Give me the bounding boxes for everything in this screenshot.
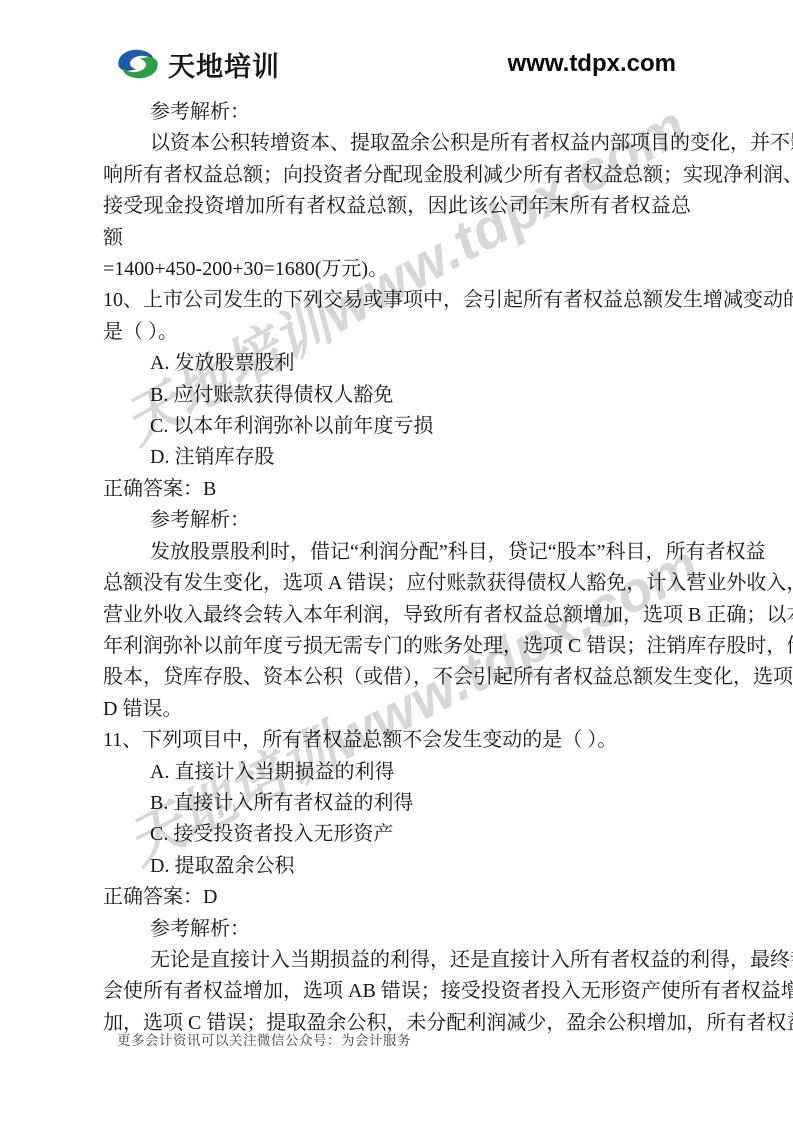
document-line: 参考解析： bbox=[103, 914, 691, 945]
document-line: 参考解析： bbox=[103, 505, 691, 536]
document-line: D 错误。 bbox=[103, 694, 691, 725]
document-line: 正确答案：D bbox=[103, 882, 691, 913]
document-line: D. 提取盈余公积 bbox=[103, 851, 691, 882]
document-line: 参考解析： bbox=[103, 97, 691, 128]
document-line: 是（ ）。 bbox=[103, 317, 691, 348]
document-line: C. 以本年利润弥补以前年度亏损 bbox=[103, 411, 691, 442]
document-body: 参考解析： 以资本公积转增资本、提取盈余公积是所有者权益内部项目的变化，并不影 … bbox=[103, 97, 691, 1039]
document-line: 接受现金投资增加所有者权益总额，因此该公司年末所有者权益总额 bbox=[103, 191, 691, 254]
document-line: C. 接受投资者投入无形资产 bbox=[103, 819, 691, 850]
document-page: 天地培训 www.tdpx.com 天地培训www.tdpx.com 天地培训w… bbox=[0, 0, 793, 1122]
document-line: B. 直接计入所有者权益的利得 bbox=[103, 788, 691, 819]
document-line: 11、下列项目中，所有者权益总额不会发生变动的是（ ）。 bbox=[103, 725, 691, 756]
document-line: 总额没有发生变化，选项 A 错误；应付账款获得债权人豁免，计入营业外收入， bbox=[103, 568, 691, 599]
page-header: 天地培训 www.tdpx.com bbox=[115, 42, 676, 86]
document-line: 10、上市公司发生的下列交易或事项中，会引起所有者权益总额发生增减变动的 bbox=[103, 285, 691, 316]
document-line: B. 应付账款获得债权人豁免 bbox=[103, 380, 691, 411]
brand-swirl-icon bbox=[115, 46, 161, 82]
document-line: 以资本公积转增资本、提取盈余公积是所有者权益内部项目的变化，并不影 bbox=[103, 128, 691, 159]
document-line: 无论是直接计入当期损益的利得，还是直接计入所有者权益的利得，最终都 bbox=[103, 945, 691, 976]
document-line: 年利润弥补以前年度亏损无需专门的账务处理，选项 C 错误；注销库存股时，借 bbox=[103, 631, 691, 662]
document-line: 正确答案：B bbox=[103, 474, 691, 505]
document-line: A. 发放股票股利 bbox=[103, 348, 691, 379]
document-line: 营业外收入最终会转入本年利润，导致所有者权益总额增加，选项 B 正确；以本 bbox=[103, 600, 691, 631]
document-line: 会使所有者权益增加，选项 AB 错误；接受投资者投入无形资产使所有者权益增 bbox=[103, 976, 691, 1007]
document-line: 股本，贷库存股、资本公积（或借），不会引起所有者权益总额发生变化，选项 bbox=[103, 662, 691, 693]
brand-logo-text: 天地培训 bbox=[168, 45, 280, 84]
document-line: 响所有者权益总额；向投资者分配现金股利减少所有者权益总额；实现净利润、 bbox=[103, 160, 691, 191]
document-line: D. 注销库存股 bbox=[103, 442, 691, 473]
footer-note: 更多会计资讯可以关注微信公众号：为会计服务 bbox=[117, 1033, 411, 1048]
document-line: A. 直接计入当期损益的利得 bbox=[103, 757, 691, 788]
document-line: 发放股票股利时，借记“利润分配”科目，贷记“股本”科目，所有者权益 bbox=[103, 537, 691, 568]
website-url: www.tdpx.com bbox=[508, 50, 676, 78]
page-footer: 更多会计资讯可以关注微信公众号：为会计服务 bbox=[117, 1029, 411, 1049]
document-line: =1400+450-200+30=1680(万元)。 bbox=[103, 254, 691, 285]
brand-logo: 天地培训 bbox=[115, 45, 280, 84]
